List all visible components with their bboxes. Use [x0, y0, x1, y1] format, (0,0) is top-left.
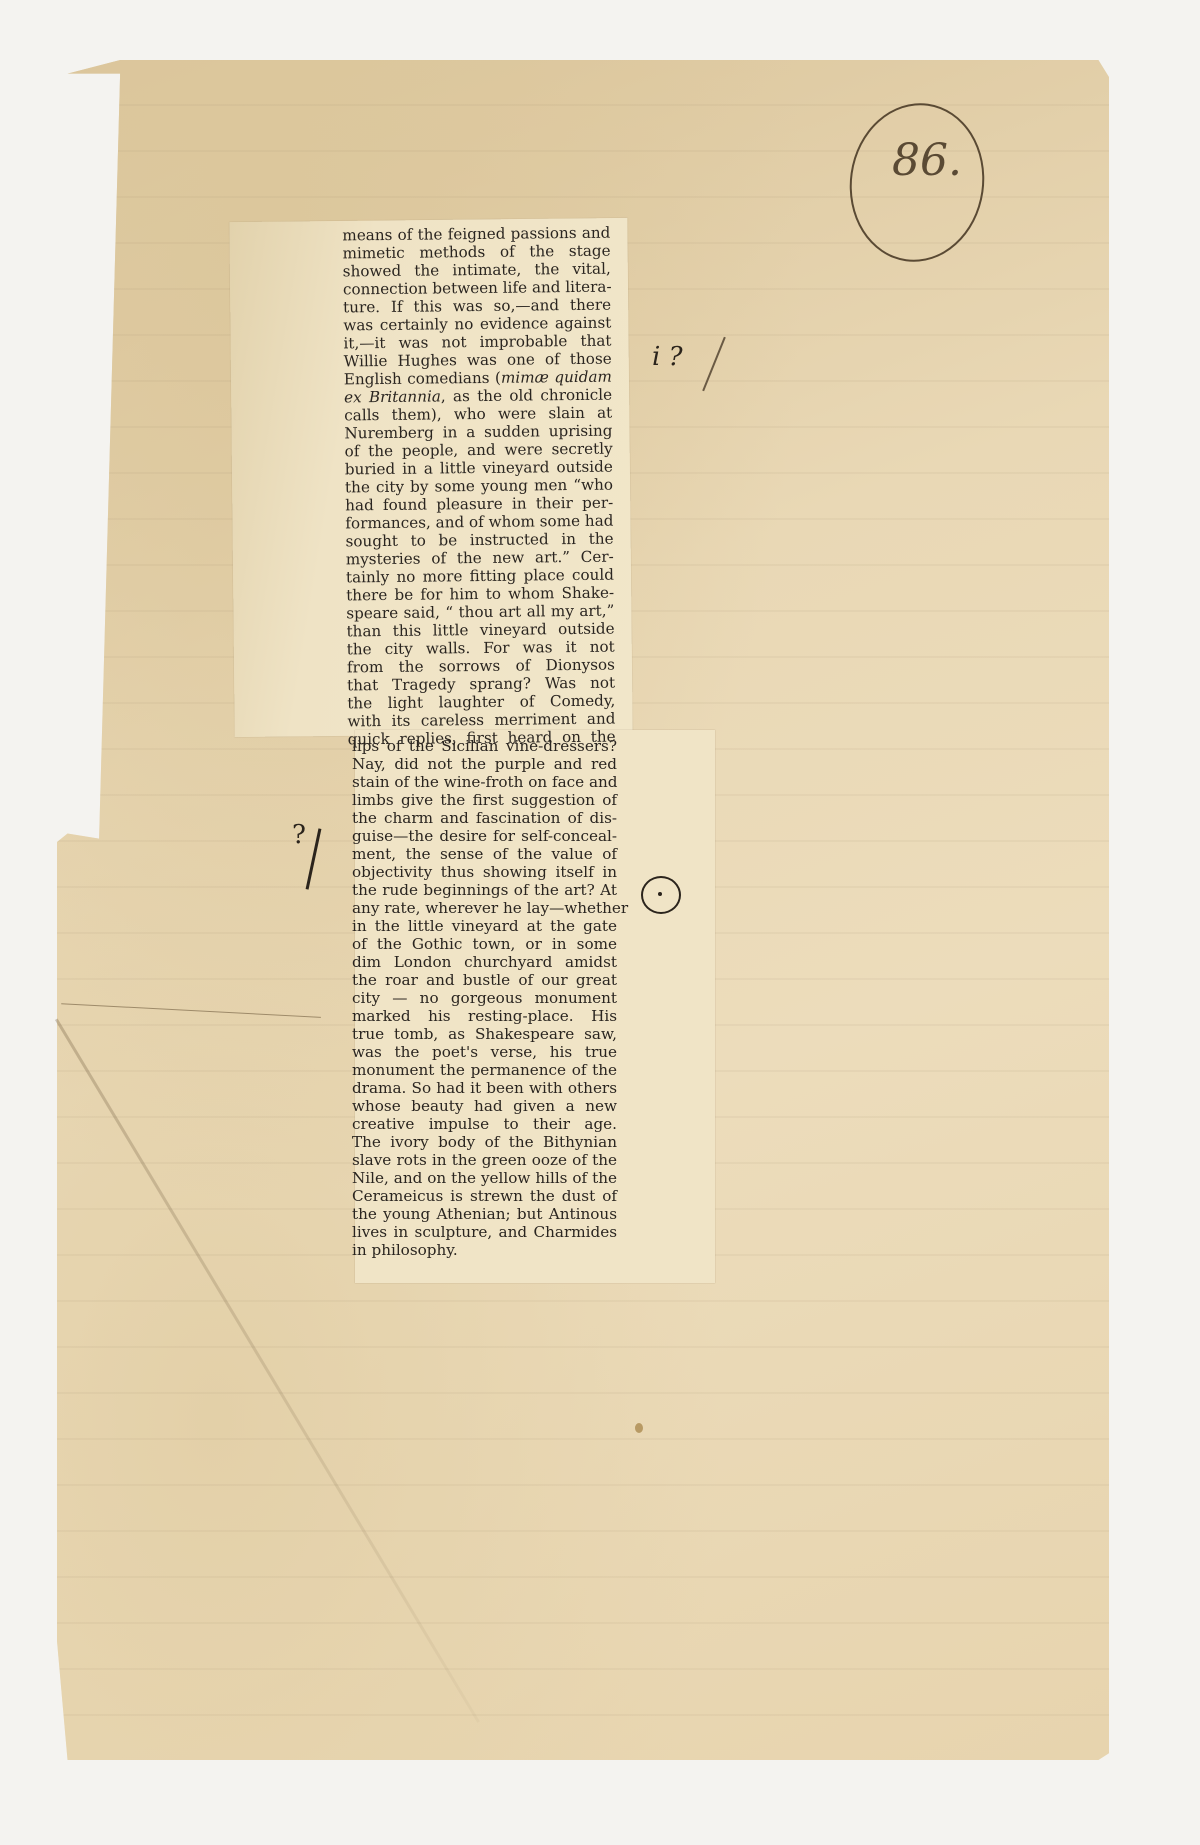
text-line: guise—the desire for self-conceal- — [352, 827, 617, 845]
circled-dot-mark-icon — [641, 876, 681, 914]
text-line: stain of the wine-froth on face and — [352, 773, 617, 791]
text-line: Nay, did not the purple and red — [352, 755, 617, 773]
clipping-lower-text: lips of the Sicilian vine-dressers?Nay, … — [352, 737, 617, 1259]
text-line: objectivity thus showing itself in — [352, 863, 617, 881]
clipping-upper-text: means of the feigned passions andmimetic… — [342, 224, 615, 749]
text-line: dim London churchyard amidst — [352, 953, 617, 971]
text-line: in philosophy. — [352, 1241, 617, 1259]
stain-spot — [635, 1423, 643, 1433]
text-line: city — no gorgeous monument — [352, 989, 617, 1007]
text-line: the rude beginnings of the art? At — [352, 881, 617, 899]
page-number: 86. — [892, 135, 962, 186]
text-line: of the Gothic town, or in some — [352, 935, 617, 953]
margin-question-mark: ? — [292, 820, 306, 850]
text-line: the roar and bustle of our great — [352, 971, 617, 989]
text-line: ment, the sense of the value of — [352, 845, 617, 863]
text-line: Cerameicus is strewn the dust of — [352, 1187, 617, 1205]
text-line: any rate, wherever he lay—whether — [352, 899, 617, 917]
text-line: slave rots in the green ooze of the — [352, 1151, 617, 1169]
text-line: monument the permanence of the — [352, 1061, 617, 1079]
text-line: drama. So had it been with others — [352, 1079, 617, 1097]
text-line: lips of the Sicilian vine-dressers? — [352, 737, 617, 755]
text-line: marked his resting-place. His — [352, 1007, 617, 1025]
text-line: true tomb, as Shakespeare saw, — [352, 1025, 617, 1043]
text-line: the young Athenian; but Antinous — [352, 1205, 617, 1223]
text-line: was the poet's verse, his true — [352, 1043, 617, 1061]
text-line: limbs give the first suggestion of — [352, 791, 617, 809]
text-line: creative impulse to their age. — [352, 1115, 617, 1133]
text-line: lives in sculpture, and Charmides — [352, 1223, 617, 1241]
text-line: The ivory body of the Bithynian — [352, 1133, 617, 1151]
margin-annotation-query: i ? — [652, 342, 683, 372]
text-line: Nile, and on the yellow hills of the — [352, 1169, 617, 1187]
text-line: in the little vineyard at the gate — [352, 917, 617, 935]
text-line: the charm and fascination of dis- — [352, 809, 617, 827]
text-line: whose beauty had given a new — [352, 1097, 617, 1115]
